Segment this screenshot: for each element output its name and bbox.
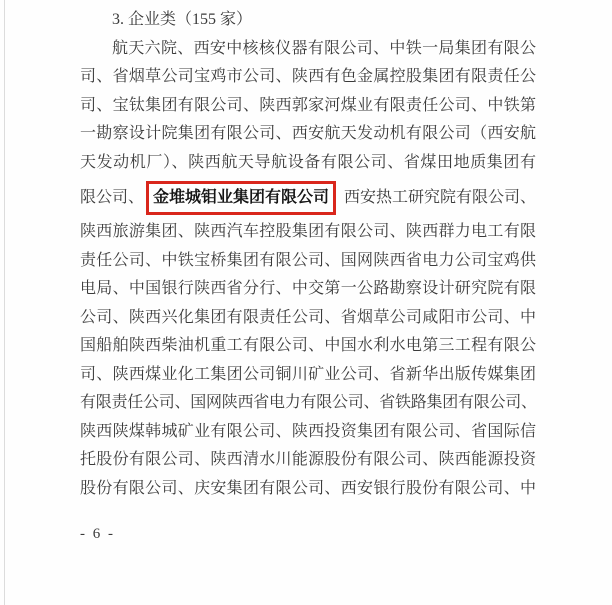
text-line: 司、省烟草公司宝鸡市公司、陕西有色金属控股集团有限责任公: [80, 63, 536, 92]
highlight-pre-text: 限公司、: [80, 189, 144, 206]
text-line: 公司、陕西兴化集团有限责任公司、省烟草公司咸阳市公司、中: [80, 304, 536, 333]
text-line: 陕西旅游集团、陕西汽车控股集团有限公司、陕西群力电工有限: [80, 218, 536, 247]
text-line: 天发动机厂）、陕西航天导航设备有限公司、省煤田地质集团有: [80, 149, 536, 178]
page-number: - 6 -: [80, 522, 115, 546]
highlighted-company-name: 金堆城钼业集团有限公司: [153, 189, 329, 206]
document-page: 3. 企业类（155 家） 航天六院、西安中核核仪器有限公司、中铁一局集团有限公…: [0, 0, 612, 605]
text-line: 司、宝钛集团有限公司、陕西郭家河煤业有限责任公司、中铁第: [80, 92, 536, 121]
text-line: 一勘察设计院集团有限公司、西安航天发动机有限公司（西安航: [80, 120, 536, 149]
document-body: 3. 企业类（155 家） 航天六院、西安中核核仪器有限公司、中铁一局集团有限公…: [80, 6, 536, 503]
text-line: 责任公司、中铁宝桥集团有限公司、国网陕西省电力公司宝鸡供: [80, 247, 536, 276]
text-line: 股份有限公司、庆安集团有限公司、西安银行股份有限公司、中: [80, 475, 536, 504]
highlight-post-text: 西安热工研究院有限公司、: [344, 189, 536, 206]
text-line: 托股份有限公司、陕西清水川能源股份有限公司、陕西能源投资: [80, 446, 536, 475]
scan-edge-line: [4, 0, 5, 605]
text-line: 电局、中国银行陕西省分行、中交第一公路勘察设计研究院有限: [80, 275, 536, 304]
red-highlight-box: 金堆城钼业集团有限公司: [146, 181, 336, 215]
text-line: 有限责任公司、国网陕西省电力有限公司、省铁路集团有限公司、: [80, 389, 536, 418]
section-heading: 3. 企业类（155 家）: [80, 6, 536, 35]
highlight-line: 限公司、金堆城钼业集团有限公司西安热工研究院有限公司、: [80, 177, 536, 218]
text-line: 国船舶陕西柴油机重工有限公司、中国水利水电第三工程有限公: [80, 332, 536, 361]
text-line: 陕西陕煤韩城矿业有限公司、陕西投资集团有限公司、省国际信: [80, 418, 536, 447]
text-line: 司、陕西煤业化工集团公司铜川矿业公司、省新华出版传媒集团: [80, 361, 536, 390]
text-line: 航天六院、西安中核核仪器有限公司、中铁一局集团有限公: [80, 35, 536, 64]
